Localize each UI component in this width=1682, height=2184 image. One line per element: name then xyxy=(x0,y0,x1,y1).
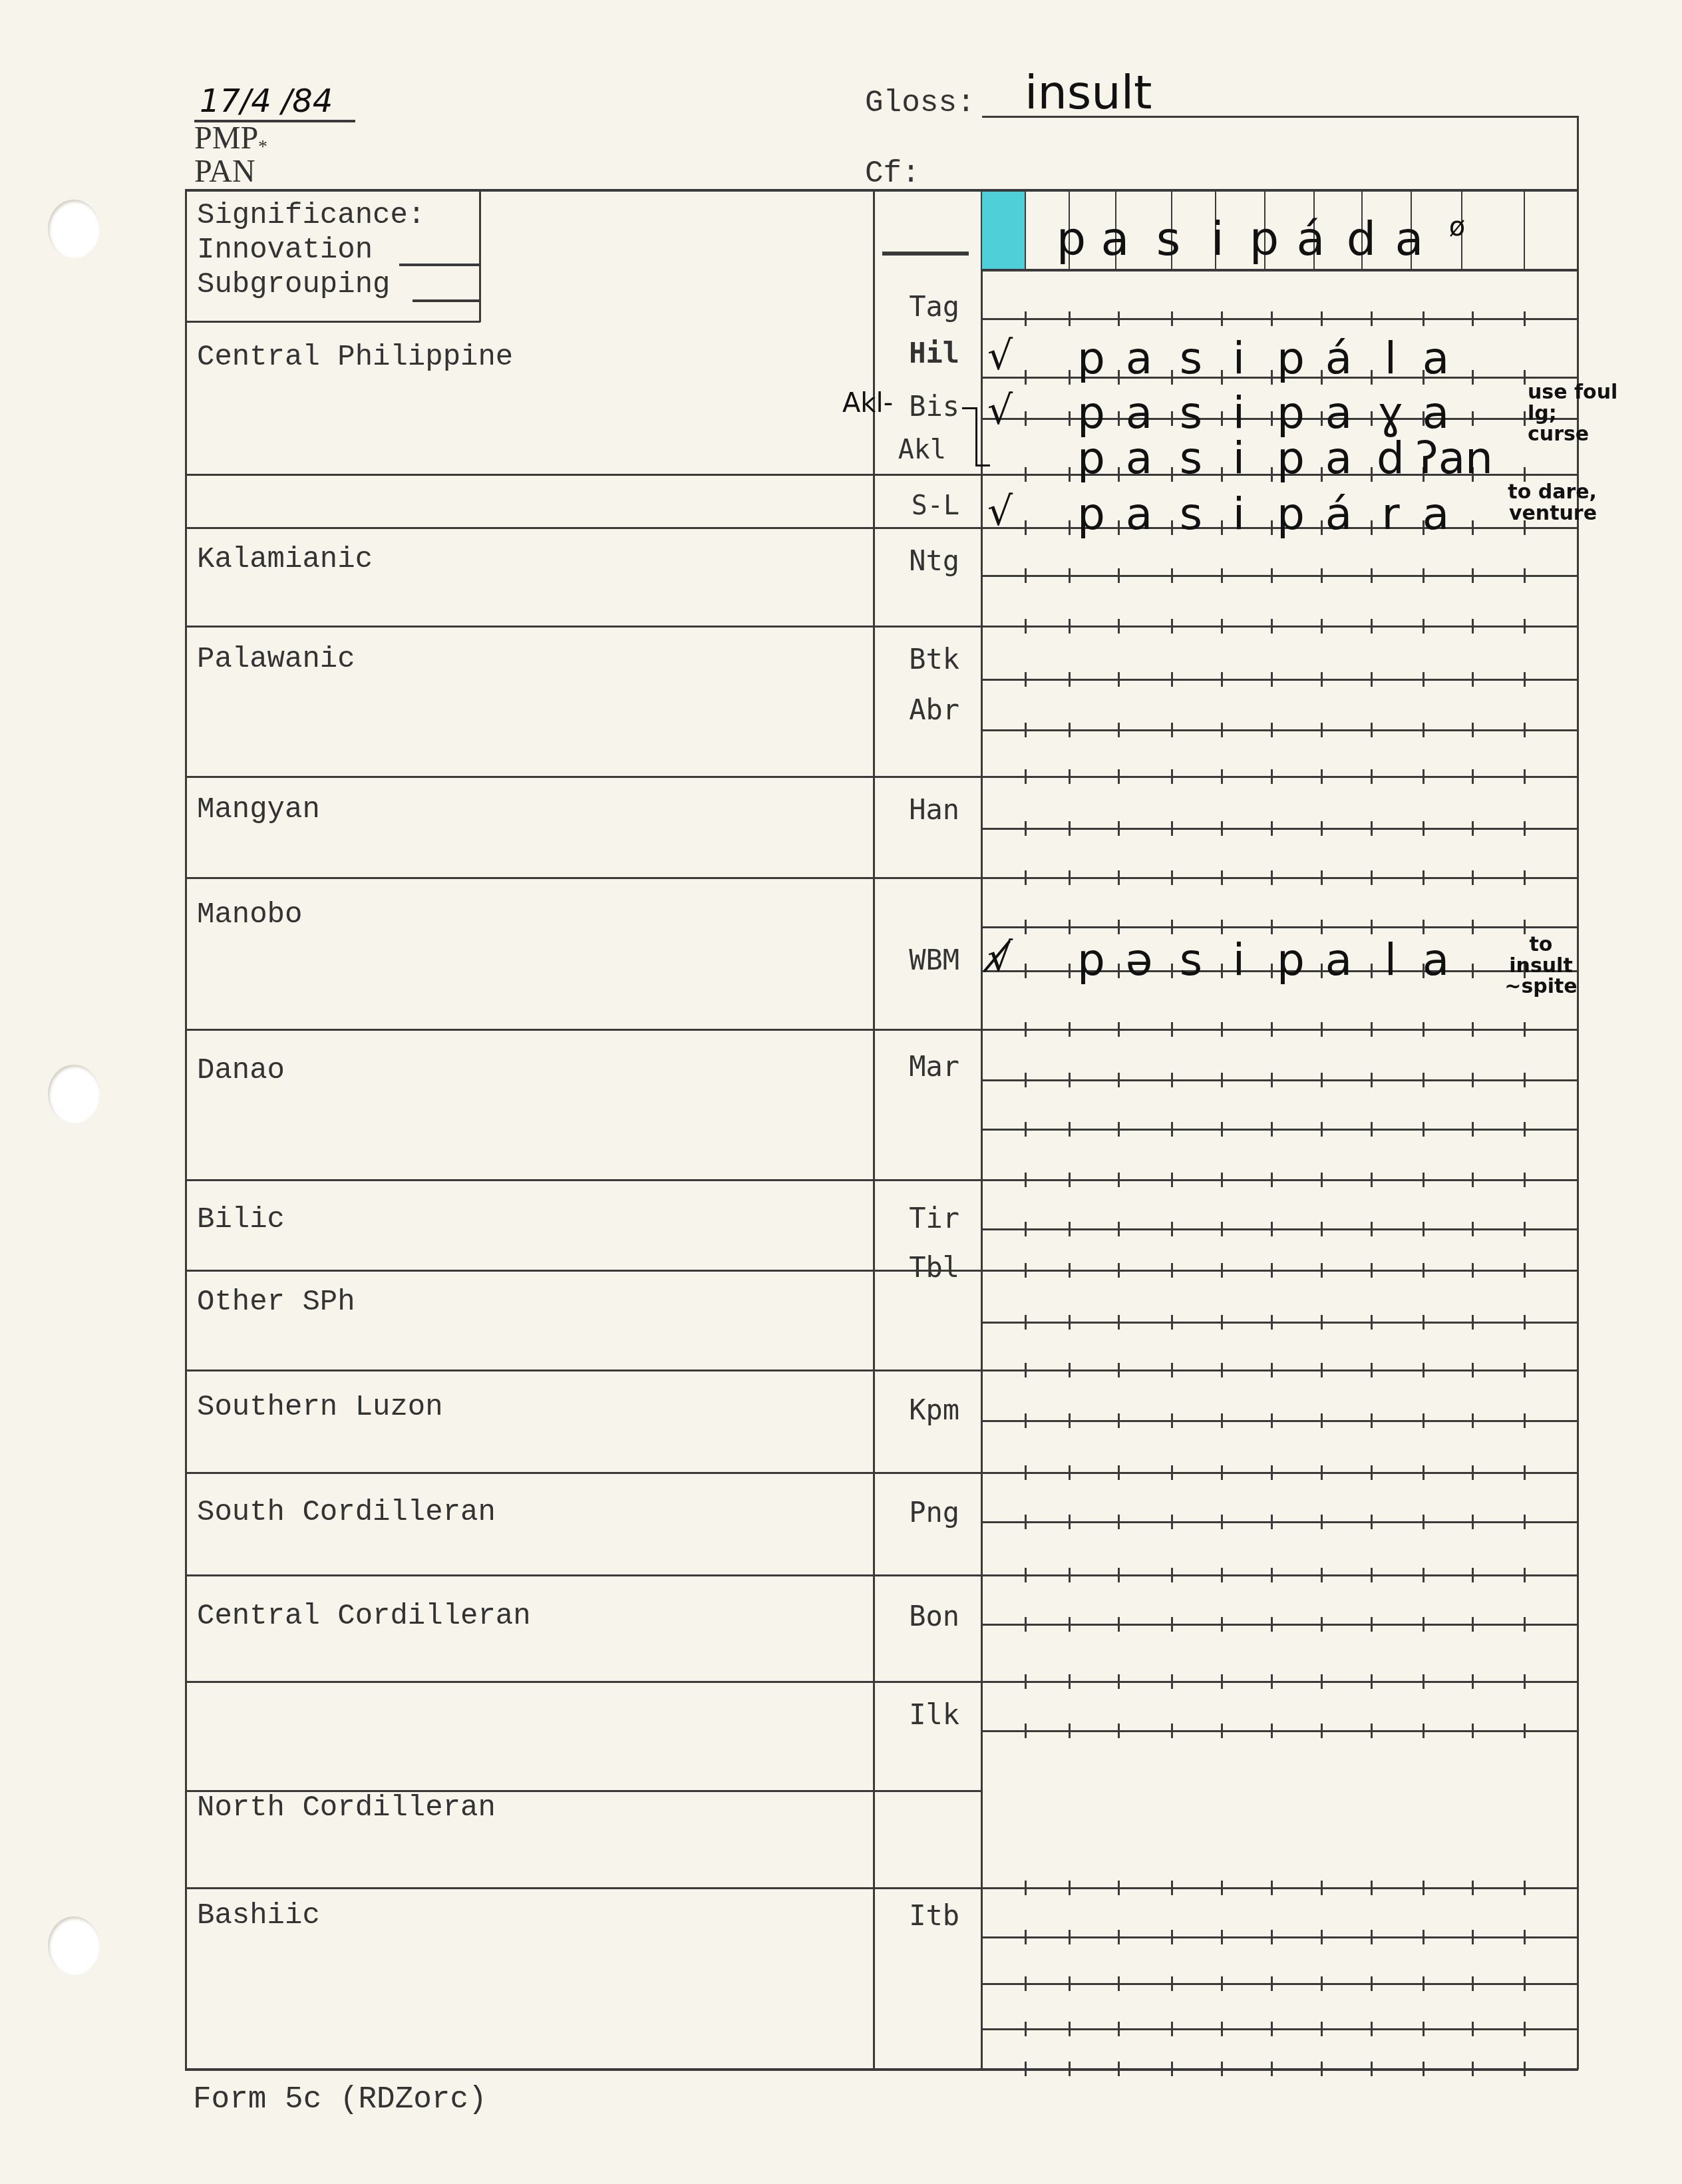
entry-tick xyxy=(1118,619,1120,634)
entry-tick xyxy=(1321,1724,1323,1738)
gloss-right-border xyxy=(1577,116,1579,193)
entry-tick xyxy=(1118,568,1120,583)
pmp-text: PMP xyxy=(194,120,258,156)
subgrouping-label: Subgrouping xyxy=(197,270,390,299)
entry-tick xyxy=(1171,1976,1173,1991)
lang-btk: Btk xyxy=(866,643,959,675)
entry-tick xyxy=(1423,1222,1425,1236)
entry-tick xyxy=(1321,1674,1323,1689)
entry-tick xyxy=(1025,1976,1027,1991)
entry-tick xyxy=(1271,1674,1273,1689)
entry-tick xyxy=(1423,1465,1425,1480)
entry-tick xyxy=(1171,2062,1173,2076)
entry-tick xyxy=(1221,619,1223,634)
entry-tick xyxy=(1472,1122,1474,1137)
entry-tick xyxy=(1221,920,1223,934)
entry-tick xyxy=(1472,311,1474,326)
group-divider xyxy=(185,1887,982,1889)
entry-tick xyxy=(1025,1263,1027,1278)
gloss-value[interactable]: insult xyxy=(1025,69,1152,116)
significance-divider xyxy=(479,189,481,322)
group-danao: Danao xyxy=(197,1054,285,1087)
entry-tick xyxy=(1321,311,1323,326)
entry-tick xyxy=(1371,1515,1373,1529)
entry-tick xyxy=(1423,1315,1425,1330)
form-label: Form 5c (RDZorc) xyxy=(193,2084,487,2115)
entry-tick xyxy=(1472,1413,1474,1428)
entry-tick xyxy=(1271,821,1273,836)
entry-tick xyxy=(1423,723,1425,737)
entry-tick xyxy=(1118,1073,1120,1087)
entry-tick xyxy=(1321,1222,1323,1236)
entry-tick xyxy=(1472,870,1474,885)
group-divider xyxy=(185,1472,982,1474)
entry-tick xyxy=(1118,1515,1120,1529)
entry-tick xyxy=(1423,2022,1425,2036)
entry-tick xyxy=(1271,920,1273,934)
entry-tick xyxy=(1025,1363,1027,1377)
entry-tick xyxy=(1118,1173,1120,1187)
entry-segment: d xyxy=(1357,433,1424,484)
entry-tick xyxy=(1371,723,1373,737)
innovation-blank[interactable] xyxy=(399,264,479,266)
entry-tick xyxy=(1472,619,1474,634)
group-south-cordilleran: South Cordilleran xyxy=(197,1496,496,1529)
pan-dash xyxy=(882,252,969,256)
entry-tick xyxy=(1321,920,1323,934)
entry-tick xyxy=(1221,723,1223,737)
entry-tick xyxy=(1371,311,1373,326)
entry-tick xyxy=(1221,1515,1223,1529)
verified-check-icon: √̸ xyxy=(987,934,1013,981)
entry-tick xyxy=(1423,769,1425,784)
entry-tick xyxy=(1271,1222,1273,1236)
entry-tick xyxy=(1118,2062,1120,2076)
entry-tick xyxy=(1371,1674,1373,1689)
entry-tick xyxy=(1524,1122,1526,1137)
entry-tick xyxy=(1171,2022,1173,2036)
entry-tick xyxy=(1069,821,1071,836)
entry-tick xyxy=(1423,1724,1425,1738)
entry-tick xyxy=(1221,1674,1223,1689)
entry-tick xyxy=(1118,2022,1120,2036)
entry-tick xyxy=(1118,1315,1120,1330)
reconstruction-baseline xyxy=(981,269,1578,272)
entry-tick xyxy=(1118,1724,1120,1738)
group-divider xyxy=(185,474,982,476)
entry-tick xyxy=(1221,1022,1223,1037)
entry-tick xyxy=(1025,1724,1027,1738)
entry-tick xyxy=(1371,1122,1373,1137)
entry-tick xyxy=(1025,1465,1027,1480)
entry-tick xyxy=(1371,1315,1373,1330)
entry-tick xyxy=(1118,723,1120,737)
entry-tick xyxy=(1221,1617,1223,1632)
bracket-bottom xyxy=(975,464,990,466)
entry-tick xyxy=(1371,1022,1373,1037)
entry-tick xyxy=(1171,1674,1173,1689)
entry-tick xyxy=(1069,723,1071,737)
entry-tick xyxy=(1118,1022,1120,1037)
entry-tick xyxy=(1524,1022,1526,1037)
entry-tick xyxy=(1221,1413,1223,1428)
entry-tick xyxy=(1118,672,1120,687)
entry-tick xyxy=(1069,870,1071,885)
entry-tick xyxy=(1371,769,1373,784)
entry-tick xyxy=(1069,1122,1071,1137)
entry-tick xyxy=(1524,311,1526,326)
entry-tick xyxy=(1321,1617,1323,1632)
entry-tick xyxy=(1371,1976,1373,1991)
group-manobo: Manobo xyxy=(197,898,302,932)
group-divider xyxy=(185,877,982,879)
lang-wbm: WBM xyxy=(866,944,959,976)
entry-tick xyxy=(1171,672,1173,687)
entry-tick xyxy=(1321,1881,1323,1895)
reconstruction-highlight xyxy=(982,192,1025,269)
entry-tick xyxy=(1321,1173,1323,1187)
table-left xyxy=(185,189,187,2070)
group-north-cordilleran: North Cordilleran xyxy=(197,1791,496,1825)
entry-tick xyxy=(1423,1122,1425,1137)
entry-tick xyxy=(1025,1881,1027,1895)
entry-tick xyxy=(1171,311,1173,326)
entry-tick xyxy=(1321,1122,1323,1137)
entry-tick xyxy=(1524,619,1526,634)
entry-tick xyxy=(1025,870,1027,885)
entry-tick xyxy=(1271,311,1273,326)
entry-tick xyxy=(1423,821,1425,836)
entry-tick xyxy=(1025,619,1027,634)
entry-tick xyxy=(1271,723,1273,737)
entry-tick xyxy=(1271,1881,1273,1895)
hole-punch xyxy=(48,1065,100,1123)
gloss-line xyxy=(982,116,1578,118)
entry-tick xyxy=(1171,1930,1173,1944)
entry-tick xyxy=(1472,1263,1474,1278)
entry-tick xyxy=(1069,1674,1071,1689)
entry-tick xyxy=(1069,920,1071,934)
entry-tick xyxy=(1025,467,1027,482)
entry-tick xyxy=(1321,1413,1323,1428)
entry-tick xyxy=(1423,672,1425,687)
entry-tick xyxy=(1069,672,1071,687)
lang-png: Png xyxy=(866,1496,959,1529)
entry-tick xyxy=(1025,1222,1027,1236)
entry-tick xyxy=(1472,1568,1474,1582)
entry-tick xyxy=(1221,1263,1223,1278)
verified-check-icon: √ xyxy=(987,488,1013,535)
entry-tick xyxy=(1025,1122,1027,1137)
entry-tick xyxy=(1423,1674,1425,1689)
entry-tick xyxy=(1371,1930,1373,1944)
group-divider xyxy=(185,1574,982,1576)
entry-tick xyxy=(1025,2022,1027,2036)
entry-tick xyxy=(1423,1413,1425,1428)
entry-tick xyxy=(1069,1515,1071,1529)
entry-tick xyxy=(1069,1073,1071,1087)
entry-tick xyxy=(1371,821,1373,836)
entry-tick xyxy=(1271,1465,1273,1480)
entry-segment: a xyxy=(1403,488,1469,540)
entry-tick xyxy=(1472,1173,1474,1187)
entry-tick xyxy=(1271,1363,1273,1377)
entry-tick xyxy=(1271,619,1273,634)
entry-tick xyxy=(1069,2022,1071,2036)
entry-tick xyxy=(1271,1122,1273,1137)
entry-tick xyxy=(1271,1724,1273,1738)
entry-tick xyxy=(1118,1568,1120,1582)
note-bis: use foul lg; curse xyxy=(1528,382,1621,445)
entry-tick xyxy=(1423,1263,1425,1278)
entry-tick xyxy=(1472,1724,1474,1738)
entry-tick xyxy=(1171,1465,1173,1480)
significance-title: Significance: xyxy=(197,201,425,230)
entry-tick xyxy=(1171,1173,1173,1187)
entry-tick xyxy=(1025,411,1027,426)
entry-tick xyxy=(1472,920,1474,934)
entry-tick xyxy=(1221,311,1223,326)
entry-tick xyxy=(1069,1568,1071,1582)
entry-tick xyxy=(1069,1413,1071,1428)
entry-tick xyxy=(1171,1263,1173,1278)
entry-tick xyxy=(1221,568,1223,583)
entry-tick xyxy=(1171,920,1173,934)
reconstruction-segment: ø xyxy=(1424,212,1490,242)
group-central-cordilleran: Central Cordilleran xyxy=(197,1600,531,1633)
entry-tick xyxy=(1171,1617,1173,1632)
entry-tick xyxy=(1171,1363,1173,1377)
entry-tick xyxy=(1524,1617,1526,1632)
entry-tick xyxy=(1171,1515,1173,1529)
group-divider xyxy=(185,1179,982,1181)
entry-tick xyxy=(1271,2022,1273,2036)
entry-tick xyxy=(1524,2062,1526,2076)
entry-tick xyxy=(1371,2022,1373,2036)
lang-han: Han xyxy=(866,793,959,826)
entry-tick xyxy=(1221,2062,1223,2076)
group-divider xyxy=(185,1270,982,1272)
group-divider xyxy=(185,626,982,628)
entry-tick xyxy=(1371,1881,1373,1895)
entry-tick xyxy=(1271,1073,1273,1087)
entry-tick xyxy=(1524,920,1526,934)
entry-tick xyxy=(1025,1617,1027,1632)
entry-tick xyxy=(1069,568,1071,583)
entry-tick xyxy=(1271,1515,1273,1529)
entry-tick xyxy=(1472,370,1474,385)
entry-tick xyxy=(1423,1022,1425,1037)
entry-tick xyxy=(1118,920,1120,934)
entry-tick xyxy=(1524,1413,1526,1428)
entry-tick xyxy=(1221,2022,1223,2036)
entry-tick xyxy=(1321,1515,1323,1529)
entry-tick xyxy=(1472,964,1474,978)
group-divider xyxy=(185,527,982,529)
entry-tick xyxy=(1025,311,1027,326)
entry-tick xyxy=(1171,1413,1173,1428)
entry-tick xyxy=(1069,1222,1071,1236)
entry-tick xyxy=(1171,1122,1173,1137)
entry-tick xyxy=(1321,1073,1323,1087)
entry-tick xyxy=(1472,1515,1474,1529)
entry-tick xyxy=(1025,1315,1027,1330)
table-top xyxy=(185,189,1578,192)
entry-tick xyxy=(1171,1881,1173,1895)
subgrouping-blank[interactable] xyxy=(413,299,479,302)
entry-tick xyxy=(1025,1674,1027,1689)
entry-tick xyxy=(1524,1263,1526,1278)
entry-tick xyxy=(1118,1413,1120,1428)
entry-tick xyxy=(1472,2062,1474,2076)
entry-tick xyxy=(1524,1881,1526,1895)
note-wbm: to insult ~spite xyxy=(1494,934,1588,998)
entry-tick xyxy=(1524,1073,1526,1087)
lang-tir: Tir xyxy=(866,1202,959,1234)
entry-tick xyxy=(1069,769,1071,784)
entry-tick xyxy=(1271,1930,1273,1944)
entry-tick xyxy=(1524,672,1526,687)
entry-segment: a xyxy=(1403,934,1469,986)
entry-tick xyxy=(1321,2022,1323,2036)
pan-label: PAN xyxy=(194,156,255,188)
entry-tick xyxy=(1025,370,1027,385)
entry-tick xyxy=(1472,821,1474,836)
entry-tick xyxy=(1221,821,1223,836)
entry-tick xyxy=(1321,1315,1323,1330)
entry-tick xyxy=(1472,411,1474,426)
entry-tick xyxy=(1221,672,1223,687)
gloss-label: Gloss: xyxy=(865,88,975,118)
lang-s-l: S-L xyxy=(866,492,959,519)
entry-tick xyxy=(1371,1073,1373,1087)
entry-tick xyxy=(1171,1315,1173,1330)
date: 17/4 /84 xyxy=(200,85,333,117)
hole-punch xyxy=(48,200,100,258)
entry-tick xyxy=(1371,1724,1373,1738)
entry-tick xyxy=(1271,1173,1273,1187)
entry-tick xyxy=(1472,1073,1474,1087)
entry-tick xyxy=(1371,672,1373,687)
group-divider xyxy=(185,1029,982,1031)
entry-tick xyxy=(1221,1568,1223,1582)
entry-tick xyxy=(1171,1724,1173,1738)
entry-tick xyxy=(1171,1568,1173,1582)
entry-tick xyxy=(1118,1263,1120,1278)
significance-bottom xyxy=(185,321,480,323)
entry-tick xyxy=(1472,1976,1474,1991)
entry-tick xyxy=(1524,1465,1526,1480)
entry-tick xyxy=(1423,1881,1425,1895)
entry-tick xyxy=(1321,1568,1323,1582)
entry-tick xyxy=(1321,1263,1323,1278)
entry-tick xyxy=(1524,723,1526,737)
entry-tick xyxy=(1472,1465,1474,1480)
bracket-top xyxy=(962,407,977,409)
note-s-l: to dare, venture xyxy=(1484,482,1597,524)
entry-tick xyxy=(1069,1617,1071,1632)
entry-tick xyxy=(1423,1568,1425,1582)
entry-tick xyxy=(1271,1568,1273,1582)
entry-tick xyxy=(1025,568,1027,583)
entry-tick xyxy=(1321,1465,1323,1480)
entry-tick xyxy=(1069,1465,1071,1480)
verified-check-icon: √ xyxy=(987,333,1013,379)
entry-tick xyxy=(1423,311,1425,326)
entry-tick xyxy=(1371,1568,1373,1582)
entry-tick xyxy=(1524,1724,1526,1738)
entry-tick xyxy=(1472,1617,1474,1632)
entry-tick xyxy=(1025,821,1027,836)
entry-tick xyxy=(1025,723,1027,737)
entry-tick xyxy=(1472,568,1474,583)
entry-tick xyxy=(1371,1465,1373,1480)
group-palawanic: Palawanic xyxy=(197,643,355,676)
lang-abr: Abr xyxy=(866,693,959,726)
entry-tick xyxy=(1025,1022,1027,1037)
entry-tick xyxy=(1524,2022,1526,2036)
entry-tick xyxy=(1171,1022,1173,1037)
group-mangyan: Mangyan xyxy=(197,793,320,826)
entry-tick xyxy=(1472,1222,1474,1236)
entry-tick xyxy=(1321,723,1323,737)
lang-col-divider xyxy=(873,189,875,2070)
group-kalamianic: Kalamianic xyxy=(197,543,373,576)
entry-tick xyxy=(1271,568,1273,583)
entry-tick xyxy=(1271,1976,1273,1991)
entry-tick xyxy=(1025,1515,1027,1529)
entry-segment: ʔan xyxy=(1416,433,1509,484)
group-divider xyxy=(185,776,982,778)
entry-tick xyxy=(1371,1363,1373,1377)
entry-tick xyxy=(1472,723,1474,737)
entry-tick xyxy=(1472,1930,1474,1944)
entry-tick xyxy=(1524,1363,1526,1377)
group-divider xyxy=(185,1681,982,1683)
entry-tick xyxy=(1221,1315,1223,1330)
entry-tick xyxy=(1171,769,1173,784)
entry-tick xyxy=(1118,311,1120,326)
bracket-vertical xyxy=(975,407,977,466)
entry-tick xyxy=(1472,2022,1474,2036)
entry-tick xyxy=(1472,1881,1474,1895)
entry-tick xyxy=(1423,1363,1425,1377)
entry-tick xyxy=(1371,2062,1373,2076)
entry-tick xyxy=(1069,1881,1071,1895)
entry-tick xyxy=(1472,1315,1474,1330)
entry-tick xyxy=(1069,1263,1071,1278)
group-bilic: Bilic xyxy=(197,1203,285,1236)
innovation-label: Innovation xyxy=(197,236,373,265)
entry-tick xyxy=(1171,619,1173,634)
entry-tick xyxy=(1025,920,1027,934)
entry-tick xyxy=(1423,1930,1425,1944)
entry-tick xyxy=(1171,1222,1173,1236)
entry-tick xyxy=(1025,1073,1027,1087)
entry-tick xyxy=(1472,1674,1474,1689)
entry-tick xyxy=(1118,1222,1120,1236)
lang-tbl: Tbl xyxy=(866,1251,959,1284)
group-divider xyxy=(185,1369,982,1371)
lang-tag: Tag xyxy=(866,290,959,323)
entry-tick xyxy=(1321,2062,1323,2076)
entry-tick xyxy=(1524,1315,1526,1330)
group-southern-luzon: Southern Luzon xyxy=(197,1391,443,1424)
entry-tick xyxy=(1423,1515,1425,1529)
entry-tick xyxy=(1524,821,1526,836)
entry-tick xyxy=(1371,1617,1373,1632)
entry-tick xyxy=(1472,520,1474,535)
